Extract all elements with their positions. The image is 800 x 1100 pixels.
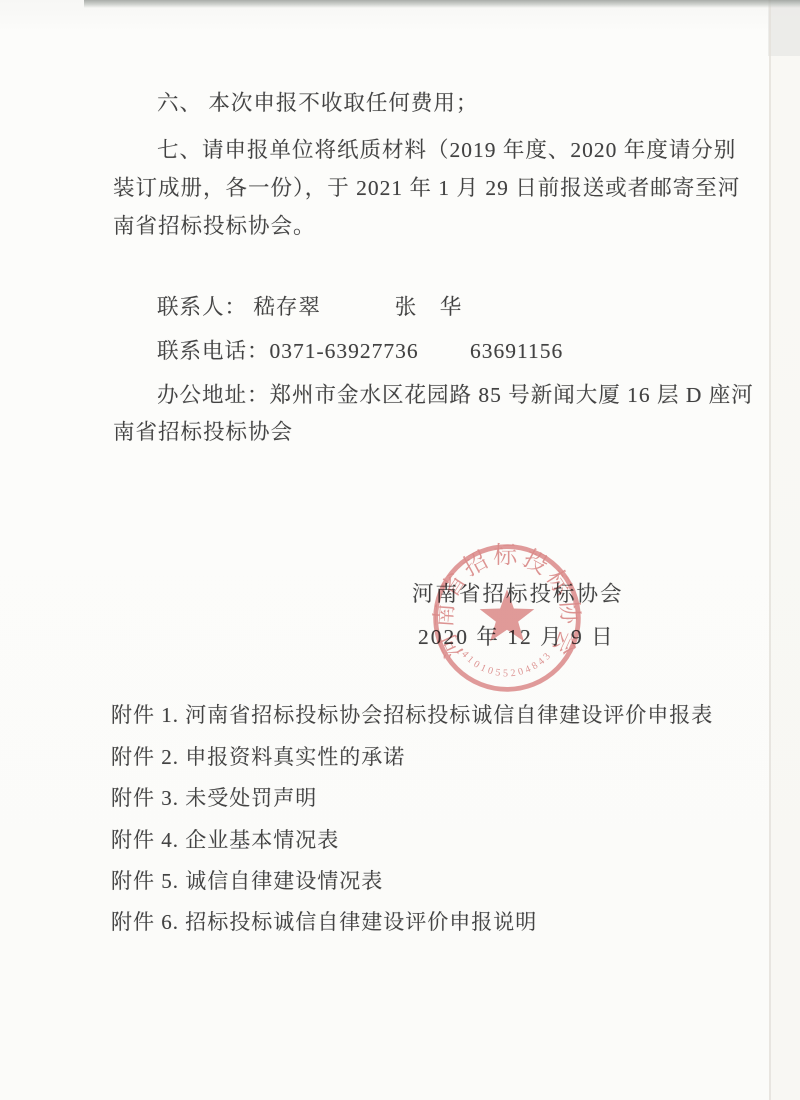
document-page: 六、 本次申报不收取任何费用； 七、请申报单位将纸质材料（2019 年度、202… bbox=[0, 0, 800, 1100]
contact-address-line1: 办公地址：郑州市金水区花园路 85 号新闻大厦 16 层 D 座河 bbox=[157, 385, 754, 407]
scan-edge-line bbox=[769, 0, 771, 1100]
scan-top-shadow bbox=[84, 0, 800, 8]
body-line-1: 六、 本次申报不收取任何费用； bbox=[157, 93, 478, 115]
attachment-item-1: 附件 1. 河南省招标投标协会招标投标诚信自律建设评价申报表 bbox=[111, 705, 713, 726]
body-line-2: 七、请申报单位将纸质材料（2019 年度、2020 年度请分别 bbox=[157, 140, 736, 162]
contact-phone-line: 联系电话：0371-63927736 63691156 bbox=[157, 341, 563, 363]
scan-corner-shadow bbox=[768, 0, 800, 56]
attachment-item-4: 附件 4. 企业基本情况表 bbox=[111, 830, 339, 851]
official-seal: 河南省招标投标协会 4101055204843 bbox=[420, 531, 594, 705]
seal-star-icon bbox=[480, 589, 535, 641]
body-line-3: 装订成册，各一份），于 2021 年 1 月 29 日前报送或者邮寄至河 bbox=[113, 178, 740, 200]
scan-edge-strip bbox=[771, 0, 800, 1100]
seal-serial-number: 4101055204843 bbox=[459, 649, 555, 679]
attachment-item-2: 附件 2. 申报资料真实性的承诺 bbox=[111, 747, 405, 768]
contact-address-line2: 南省招标投标协会 bbox=[113, 422, 293, 444]
attachment-item-5: 附件 5. 诚信自律建设情况表 bbox=[111, 871, 383, 892]
attachment-item-3: 附件 3. 未受处罚声明 bbox=[111, 788, 317, 809]
contact-person-line: 联系人： 嵇存翠 张 华 bbox=[157, 297, 462, 319]
body-line-4: 南省招标投标协会。 bbox=[113, 216, 316, 238]
attachment-item-6: 附件 6. 招标投标诚信自律建设评价申报说明 bbox=[111, 912, 537, 933]
